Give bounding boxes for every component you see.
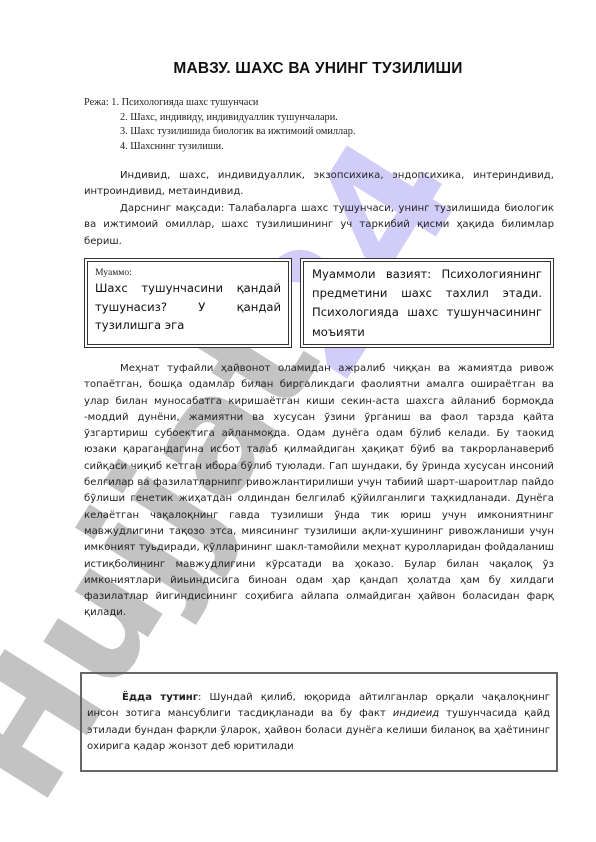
remember-box: Ёдда тутинг: Шундай қилиб, юқорида айтил… [80,672,558,772]
remember-text: Ёдда тутинг: Шундай қилиб, юқорида айтил… [87,690,550,756]
plan-item-1: Режа: 1. Психологияда шахс тушунчаси [84,96,554,111]
remember-label: Ёдда тутинг [122,692,198,703]
plan-item-2: 2. Шахс, индивиду, индивидуаллик тушунча… [84,111,554,126]
plan-item-4: 4. Шахснинг тузилиши. [84,140,554,155]
problem-text: Шахс тушунчасини қандай тушунасиз? У қан… [95,279,281,335]
keywords-paragraph: Индивид, шахс, индивидуаллик, экзопсихик… [84,168,554,201]
plan-label: Режа: [84,97,109,108]
problem-box: Муаммо: Шахс тушунчасини қандай тушунаси… [84,258,292,348]
goal-paragraph: Дарснинг мақсади: Талабаларга шахс тушун… [84,201,554,250]
page-title: МАВЗУ. ШАХС ВА УНИНГ ТУЗИЛИШИ [0,60,596,78]
problem-situation-box: Муаммоли вазият: Психологиянинг предмети… [300,258,554,348]
plan-item-3: 3. Шахс тузилишида биологик ва ижтимоий … [84,125,554,140]
main-paragraph: Меҳнат туфайли ҳайвонот оламидан ажралиб… [84,361,554,622]
problem-label: Муаммо: [95,266,281,279]
problem-situation-text: Муаммоли вазият: Психологиянинг предмети… [312,265,542,342]
lesson-plan: Режа: 1. Психологияда шахс тушунчаси 2. … [84,96,554,154]
italic-term: индиеид [393,708,439,719]
document-page: Hujjat 24 МАВЗУ. ШАХС ВА УНИНГ ТУЗИЛИШИ … [0,0,596,842]
